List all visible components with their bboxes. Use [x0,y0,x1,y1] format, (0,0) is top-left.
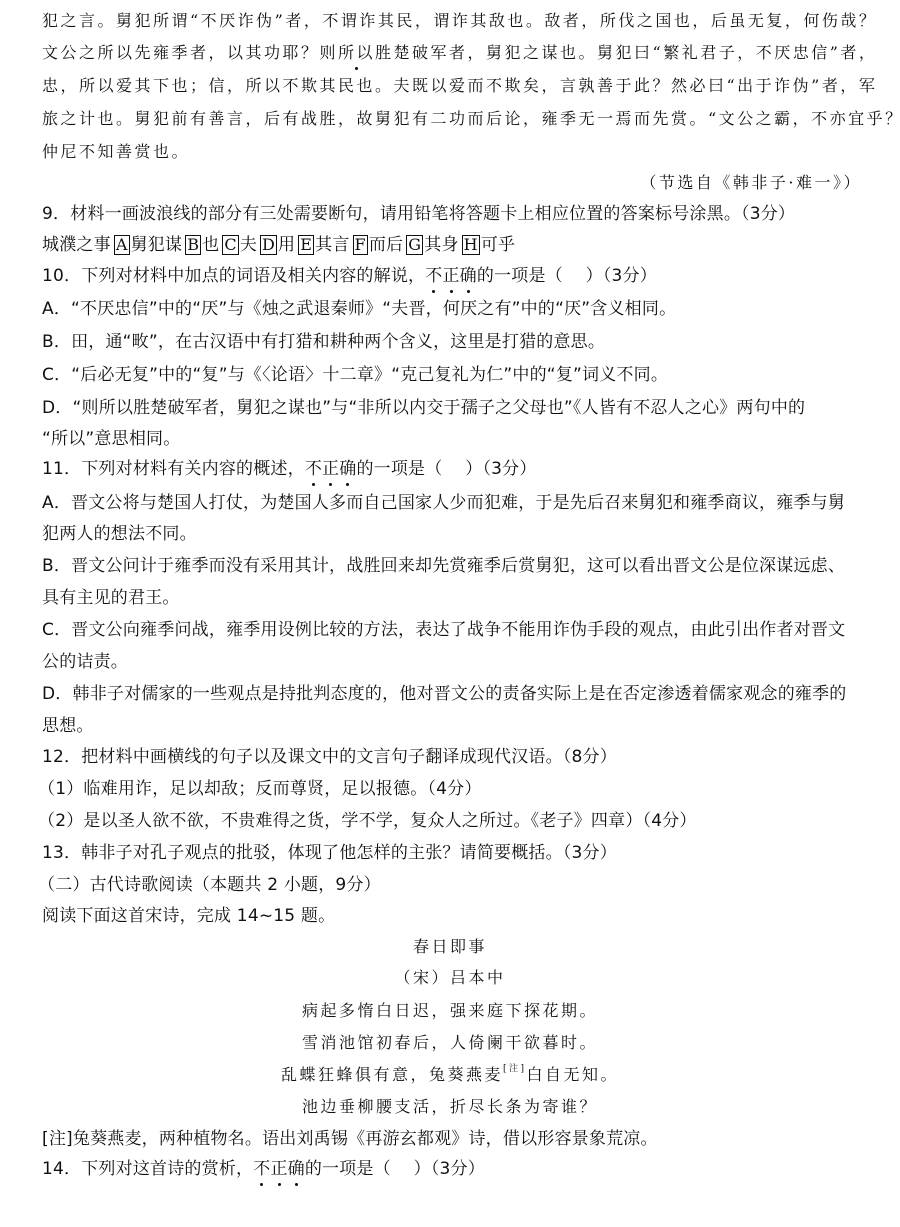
segment-text: 夫 [240,235,257,255]
segment-text: 用 [278,235,295,255]
break-mark-h[interactable]: H [462,235,480,255]
segment-text: 而后 [369,235,403,255]
question-13-stem: 13．韩非子对孔子观点的批驳，体现了他怎样的主张？请简要概括。（3分） [42,842,617,864]
passage-line-1: 犯之言。舅犯所谓“不厌诈伪”者，不谓诈其民，谓诈其敌也。敌者，所伐之国也，后虽无… [42,10,877,32]
segment-text: 也 [202,235,219,255]
emphasis-dotted-word: 所以 [338,42,375,64]
question-12-stem: 12．把材料中画横线的句子以及课文中的文言句子翻译成现代汉语。（8分） [42,746,617,768]
question-12-item-1: （1）临难用诈，足以却敌；反而尊贤，足以报德。（4分） [38,778,482,800]
stem-text: 的一项是（ ）（3分） [305,1159,485,1179]
poem-author: （宋）吕本中 [0,967,900,989]
break-mark-b[interactable]: B [185,235,201,255]
passage-source: （节选自《韩非子·难一》） [640,172,862,194]
footnote-marker: [注] [503,1064,527,1074]
passage-line-5: 仲尼不知善赏也。 [42,141,190,163]
poem-text: 白自无知。 [527,1065,620,1084]
passage-line-2: 文公之所以先雍季者，以其功耶？则所以胜楚破军者，舅犯之谋也。舅犯曰“繁礼君子，不… [42,42,877,64]
question-11-option-c-cont: 公的诘责。 [42,651,128,673]
poem-line-3: 乱蝶狂蜂俱有意，兔葵燕麦[注]白自无知。 [0,1064,900,1086]
question-10-option-d-cont: “所以”意思相同。 [42,428,180,450]
question-10-option-c: C．“后必无复”中的“复”与《〈论语〉十二章》“克己复礼为仁”中的“复”词义不同… [42,364,668,386]
question-10-option-a: A．“不厌忠信”中的“厌”与《烛之武退秦师》“夫晋，何厌之有”中的“厌”含义相同… [42,298,676,320]
segment-text: 可乎 [481,235,515,255]
question-10-option-d: D．“则所以胜楚破军者，舅犯之谋也”与“非所以内交于孺子之父母也”《人皆有不忍人… [42,397,805,419]
segment-text: 舅犯谋 [131,235,183,255]
emphasis-char: 不 [425,265,442,287]
emphasis-char: 不 [253,1158,270,1180]
segment-text: 其身 [424,235,458,255]
emphasis-char: 正 [322,458,339,480]
emphasis-char: 正 [270,1158,287,1180]
poem-line-2: 雪消池馆初春后，人倚阑干欲暮时。 [0,1032,900,1054]
emphasis-char: 正 [442,265,459,287]
question-11-option-a-cont: 犯两人的想法不同。 [42,523,197,545]
emphasis-char: 不 [305,458,322,480]
section-2-heading: （二）古代诗歌阅读（本题共 2 小题，9分） [38,874,381,896]
passage-line-4: 旅之计也。舅犯前有善言，后有战胜，故舅犯有二功而后论，雍季无一焉而先赏。“文公之… [42,108,900,130]
passage-text: 文公之所以先雍季者，以其功耶？则 [42,43,338,62]
question-14-stem: 14．下列对这首诗的赏析，不正确的一项是（ ）（3分） [42,1158,485,1180]
question-9-stem: 9．材料一画波浪线的部分有三处需要断句，请用铅笔将答题卡上相应位置的答案标号涂黑… [42,203,795,225]
poem-text: 乱蝶狂蜂俱有意，兔葵燕麦 [281,1065,503,1084]
poem-note: [注]兔葵燕麦，两种植物名。语出刘禹锡《再游玄都观》诗，借以形容景象荒凉。 [42,1128,658,1150]
break-mark-g[interactable]: G [406,235,423,255]
question-11-option-d-cont: 思想。 [42,715,94,737]
section-2-intro: 阅读下面这首宋诗，完成 14~15 题。 [42,905,335,927]
segment-text: 其言 [315,235,349,255]
question-9-sentence: 城濮之事A舅犯谋B也C夫D用E其言F而后G其身H可乎 [42,234,515,256]
exam-page: 犯之言。舅犯所谓“不厌诈伪”者，不谓诈其民，谓诈其敌也。敌者，所伐之国也，后虽无… [0,0,900,1227]
passage-text: 胜楚破军者，舅犯之谋也。舅犯曰“繁礼君子，不厌忠信”者， [375,43,877,62]
stem-text: 14．下列对这首诗的赏析， [42,1159,253,1179]
question-11-option-b: B．晋文公问计于雍季而没有采用其计，战胜回来却先赏雍季后赏舅犯，这可以看出晋文公… [42,555,845,577]
break-mark-f[interactable]: F [353,235,368,255]
break-mark-e[interactable]: E [298,235,314,255]
segment-text: 城濮之事 [42,235,111,255]
stem-text: 11．下列对材料有关内容的概述， [42,459,305,479]
question-10-option-b: B．田，通“畋”，在古汉语中有打猎和耕种两个含义，这里是打猎的意思。 [42,331,605,353]
question-12-item-2: （2）是以圣人欲不欲，不贵难得之货，学不学，复众人之所过。《老子》四章）（4分） [38,810,697,832]
break-mark-d[interactable]: D [260,235,277,255]
poem-line-4: 池边垂柳腰支活，折尽长条为寄谁？ [0,1096,900,1118]
question-11-option-b-cont: 具有主见的君王。 [42,587,180,609]
poem-line-1: 病起多惰白日迟，强来庭下探花期。 [0,1000,900,1022]
question-11-option-c: C．晋文公向雍季问战，雍季用设例比较的方法，表达了战争不能用诈伪手段的观点，由此… [42,619,845,641]
question-10-stem: 10．下列对材料中加点的词语及相关内容的解说，不正确的一项是（ ）（3分） [42,265,657,287]
emphasis-char: 确 [339,458,356,480]
emphasis-char: 确 [288,1158,305,1180]
stem-text: 的一项是（ ）（3分） [356,459,536,479]
break-mark-c[interactable]: C [222,235,238,255]
break-mark-a[interactable]: A [114,235,130,255]
stem-text: 的一项是（ ）（3分） [477,266,657,286]
poem-title: 春日即事 [0,936,900,958]
emphasis-char: 确 [460,265,477,287]
question-11-option-d: D．韩非子对儒家的一些观点是持批判态度的，他对晋文公的责备实际上是在否定渗透着儒… [42,683,847,705]
question-11-stem: 11．下列对材料有关内容的概述，不正确的一项是（ ）（3分） [42,458,537,480]
question-11-option-a: A．晋文公将与楚国人打仗，为楚国人多而自己国家人少而犯难，于是先后召来舅犯和雍季… [42,492,845,514]
stem-text: 10．下列对材料中加点的词语及相关内容的解说， [42,266,425,286]
passage-line-3: 忠，所以爱其下也；信，所以不欺其民也。夫既以爱而不欺矣，言孰善于此？然必曰“出于… [42,75,877,97]
